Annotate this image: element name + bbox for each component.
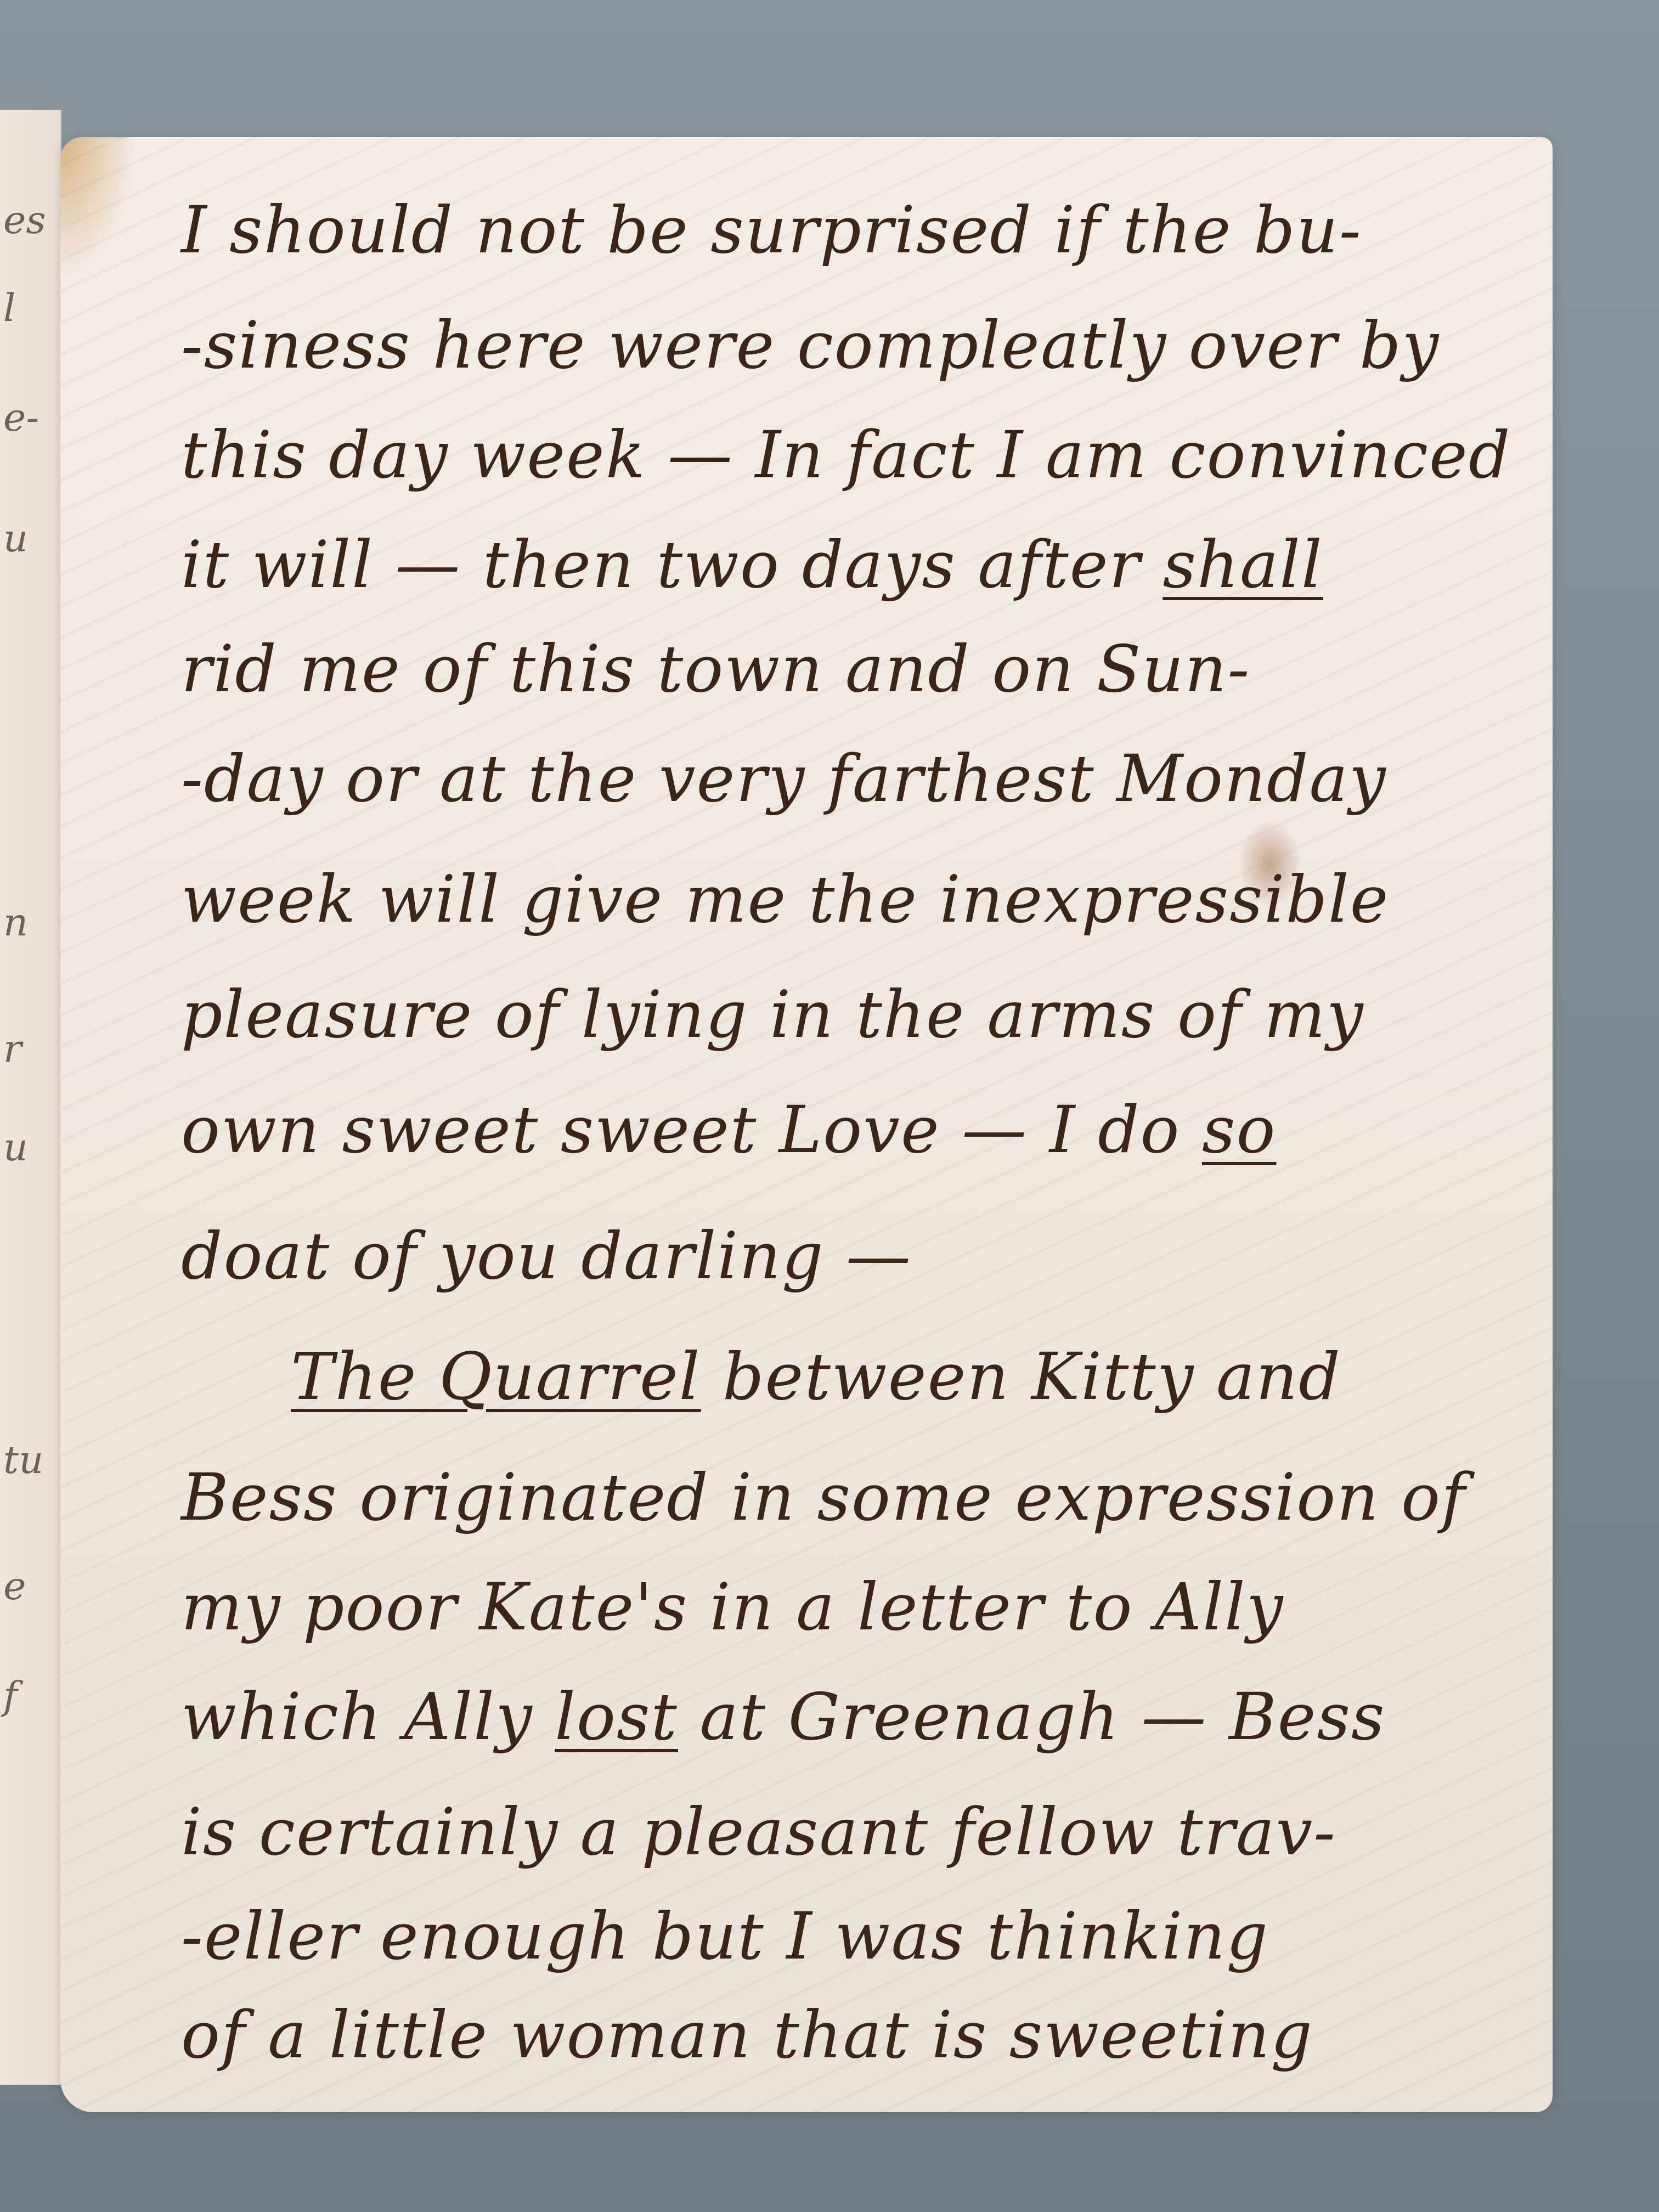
text-line: -eller enough but I was thinking [181,1904,1269,1968]
text-line: -siness here were compleatly over by [181,313,1440,377]
facing-page-fragment: e [3,1564,26,1609]
text-line: is certainly a pleasant fellow trav- [181,1799,1336,1864]
text-segment: between Kitty and [701,1339,1341,1414]
text-line: it will — then two days after shall [181,532,1323,597]
facing-page-fragment: l [3,285,15,330]
underlined-word: shall [1163,527,1323,602]
text-line: my poor Kate's in a letter to Ally [181,1575,1284,1639]
text-line: own sweet sweet Love — I do so [181,1097,1277,1162]
text-segment: own sweet sweet Love — I do [181,1092,1202,1167]
text-line: which Ally lost at Greenagh — Bess [181,1684,1386,1749]
text-line: The Quarrel between Kitty and [291,1344,1341,1409]
text-segment: at Greenagh — Bess [678,1679,1386,1754]
text-line: week will give me the inexpressible [181,867,1390,932]
text-line: I should not be surprised if the bu- [181,198,1362,262]
underlined-word: so [1202,1092,1277,1167]
facing-page-fragment: n [3,900,28,945]
facing-page-fragment: u [3,1125,28,1170]
underlined-word: lost [555,1679,678,1754]
facing-page: es l e- u n r u tu e f [0,110,61,2085]
letter-page: I should not be surprised if the bu- -si… [60,137,1553,2112]
facing-page-fragment: tu [3,1437,43,1482]
text-line: this day week — In fact I am convinced [181,422,1511,487]
text-line: doat of you darling — [181,1223,912,1288]
facing-page-fragment: u [3,516,28,561]
text-segment: which Ally [181,1679,555,1754]
facing-page-fragment: es [3,198,46,242]
text-line: of a little woman that is sweeting [181,2002,1313,2067]
text-line: Bess originated in some expression of [181,1465,1466,1530]
text-line: rid me of this town and on Sun- [181,636,1250,701]
underlined-word: The Quarrel [291,1339,701,1414]
text-line: pleasure of lying in the arms of my [181,982,1364,1047]
facing-page-fragment: r [3,1026,21,1071]
text-segment: it will — then two days after [181,527,1163,602]
text-line: -day or at the very farthest Monday [181,746,1387,811]
facing-page-fragment: f [3,1673,18,1718]
facing-page-fragment: e- [3,395,39,440]
